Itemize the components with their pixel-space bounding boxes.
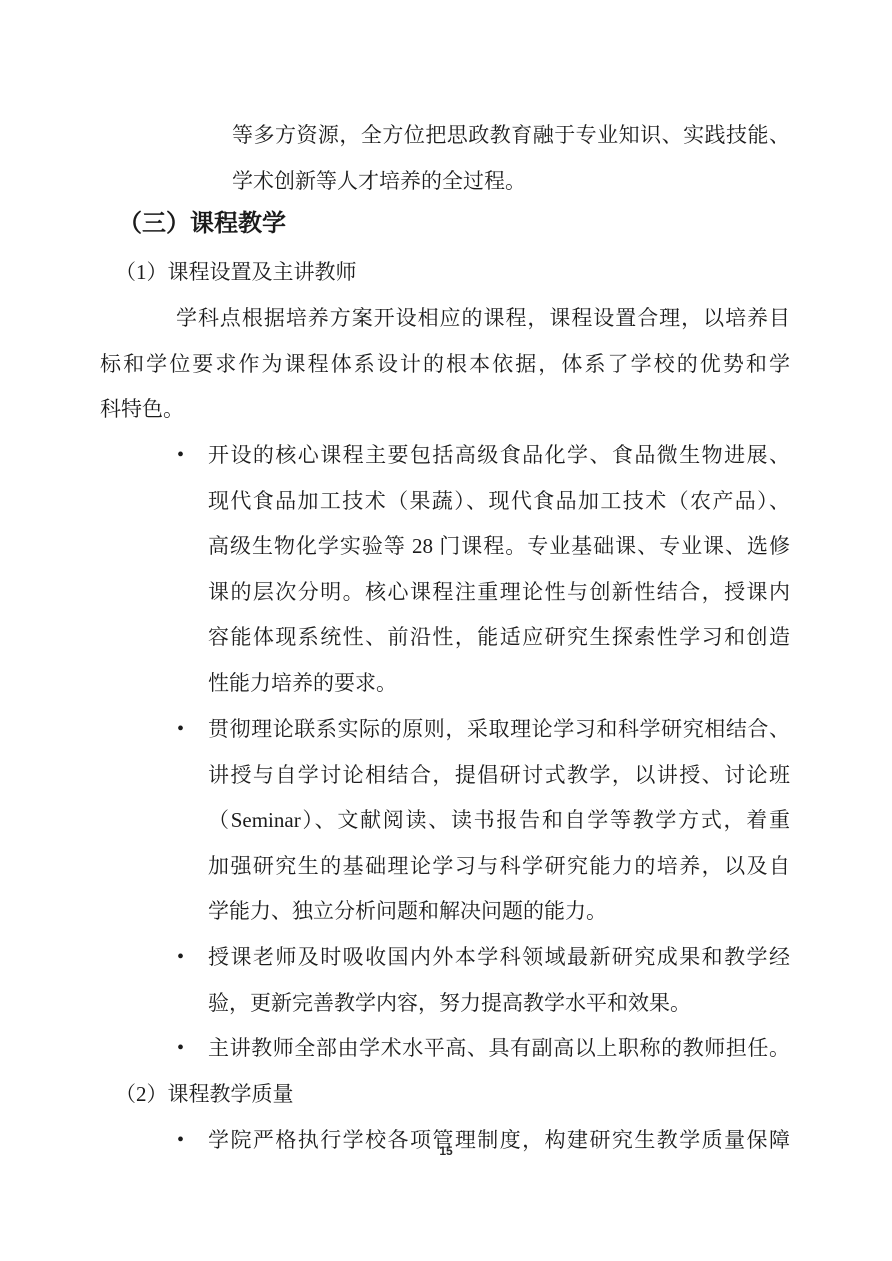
document-page: 等多方资源，全方位把思政教育融于专业知识、实践技能、 学术创新等人才培养的全过程…: [0, 0, 892, 1261]
subsection-label: （1）课程设置及主讲教师: [115, 249, 357, 295]
bullet-icon: •: [177, 706, 184, 752]
bullet-line: 高级生物化学实验等 28 门课程。专业基础课、专业课、选修: [208, 523, 790, 569]
subsection-label: （2）课程教学质量: [115, 1071, 294, 1117]
bullet-line: （Seminar）、文献阅读、读书报告和自学等教学方式，着重: [208, 797, 790, 843]
bullet-icon: •: [177, 934, 184, 980]
bullet-line: 贯彻理论联系实际的原则，采取理论学习和科学研究相结合、: [208, 706, 790, 752]
bullet-line: 现代食品加工技术（果蔬）、现代食品加工技术（农产品）、: [208, 478, 790, 524]
bullet-icon: •: [177, 1025, 184, 1071]
paragraph-line: 标和学位要求作为课程体系设计的根本依据，体系了学校的优势和学: [100, 341, 790, 387]
bullet-line: 学能力、独立分析问题和解决问题的能力。: [208, 888, 607, 934]
bullet-line: 加强研究生的基础理论学习与科学研究能力的培养，以及自: [208, 843, 790, 889]
page-number: 15: [0, 1144, 892, 1158]
section-heading: （三）课程教学: [118, 201, 286, 247]
paragraph-line: 学术创新等人才培养的全过程。: [232, 158, 526, 204]
bullet-line: 课的层次分明。核心课程注重理论性与创新性结合，授课内: [208, 569, 790, 615]
bullet-line: 授课老师及时吸收国内外本学科领域最新研究成果和教学经: [208, 934, 790, 980]
bullet-line: 容能体现系统性、前沿性，能适应研究生探索性学习和创造: [208, 614, 790, 660]
bullet-line: 开设的核心课程主要包括高级食品化学、食品微生物进展、: [208, 432, 790, 478]
bullet-line: 讲授与自学讨论相结合，提倡研讨式教学，以讲授、讨论班: [208, 752, 790, 798]
paragraph-line: 等多方资源，全方位把思政教育融于专业知识、实践技能、: [232, 112, 790, 158]
paragraph-line: 科特色。: [100, 386, 184, 432]
bullet-line: 性能力培养的要求。: [208, 660, 397, 706]
bullet-line: 验，更新完善教学内容，努力提高教学水平和效果。: [208, 980, 691, 1026]
paragraph-line: 学科点根据培养方案开设相应的课程，课程设置合理，以培养目: [176, 295, 790, 341]
bullet-line: 主讲教师全部由学术水平高、具有副高以上职称的教师担任。: [208, 1025, 790, 1071]
bullet-icon: •: [177, 432, 184, 478]
